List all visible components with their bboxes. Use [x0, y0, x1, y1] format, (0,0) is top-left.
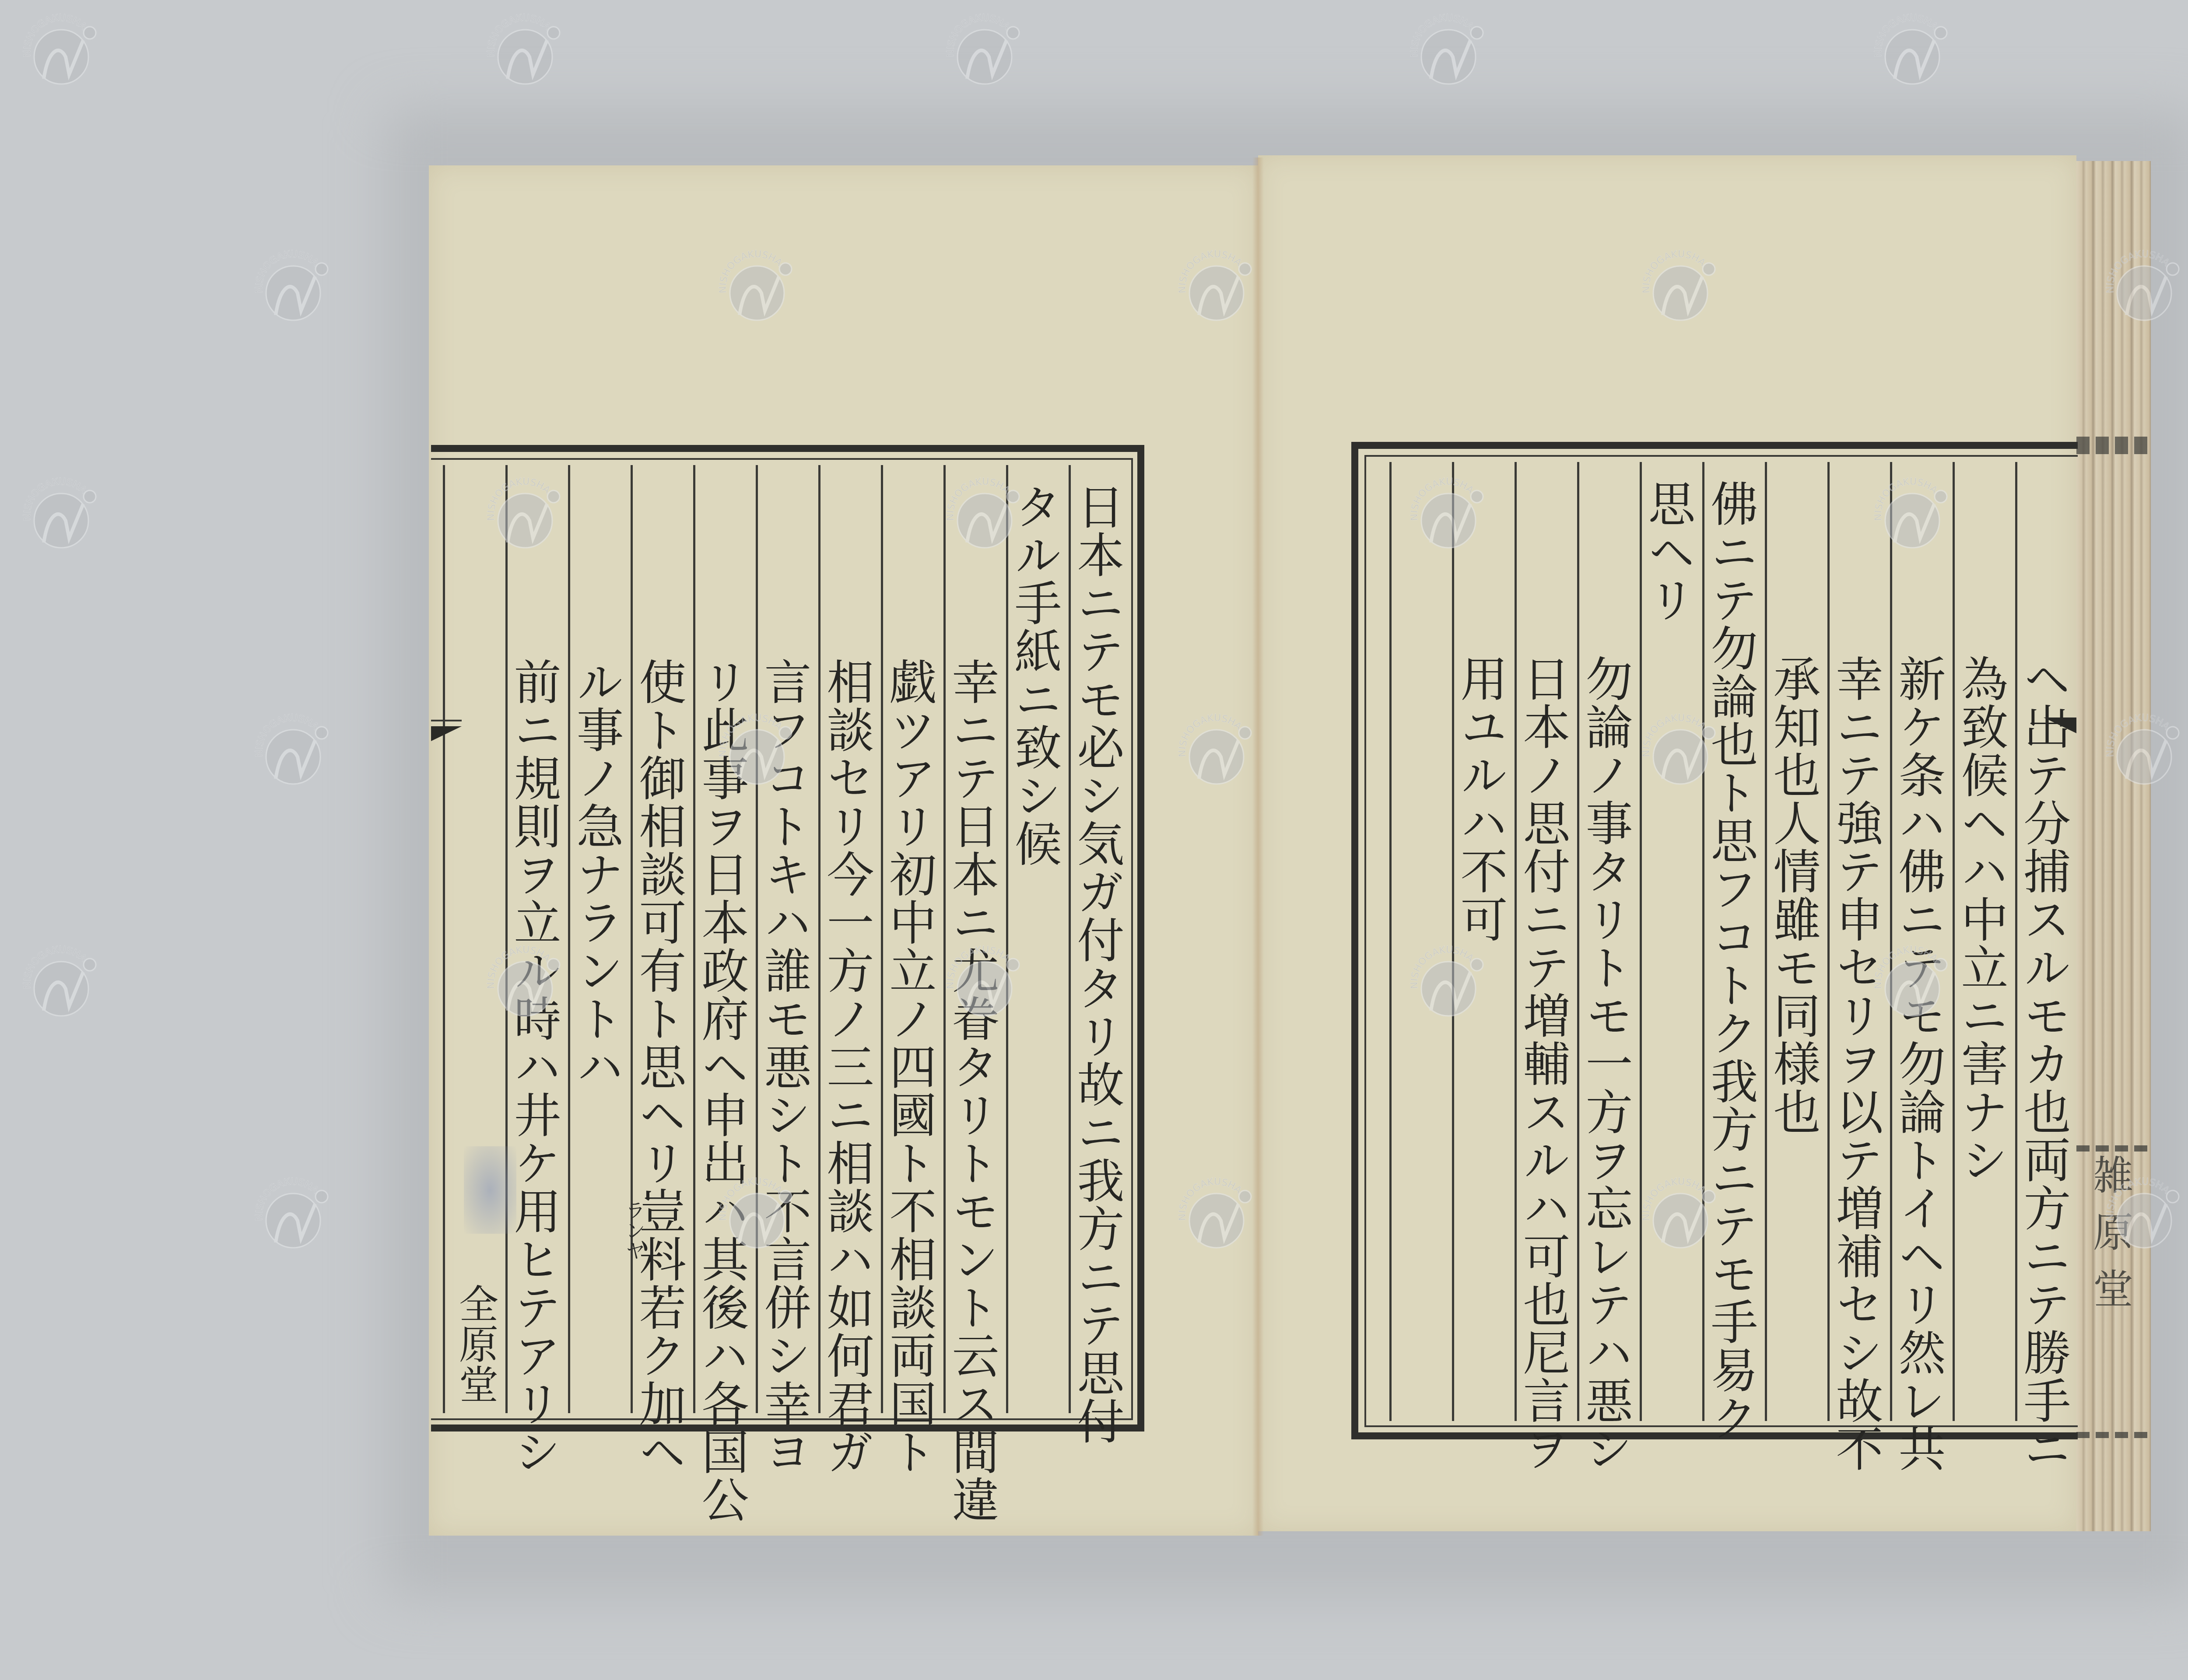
text-column: 相談セリ今一方ノ三ニ相談ハ如何君ガ	[818, 465, 881, 1413]
column-text: 承知也人情雖モ同様也	[1766, 654, 1819, 1136]
text-column	[1389, 462, 1452, 1421]
svg-text:NISHOGAKUSHA: NISHOGAKUSHA	[1873, 13, 1939, 58]
left-page-columns: 日本ニテモ必シ気ガ付タリ故ニ我方ニテ思付タル手紙ニ致シ候幸ニテ日本ニ尤眷タリトモ…	[431, 465, 1131, 1413]
column-text: タル手紙ニ致シ候	[1007, 483, 1060, 868]
fore-edge-glyph: 堂	[2081, 1268, 2139, 1295]
svg-text:NISHOGAKUSHA: NISHOGAKUSHA	[22, 945, 88, 990]
text-column: 幸ニテ強テ申セリヲ以テ増補セシ故不	[1827, 462, 1890, 1421]
text-column: 日本ニテモ必シ気ガ付タリ故ニ我方ニテ思付	[1069, 465, 1131, 1413]
column-text: 用ユルハ不可	[1453, 654, 1506, 943]
text-column: 幸ニテ日本ニ尤眷タリトモント云ス間違	[943, 465, 1006, 1413]
nishogakusha-logo-icon: NISHOGAKUSHA	[18, 941, 105, 1028]
column-text: ル事ノ急ナラントハ	[569, 658, 622, 1091]
nishogakusha-logo-icon: NISHOGAKUSHA	[1405, 9, 1492, 96]
text-column: 前ニ規則ヲ立ル時ハ井ケ用ヒテアリシ	[505, 465, 568, 1413]
column-text: 幸ニテ日本ニ尤眷タリトモント云ス間違	[945, 658, 997, 1524]
column-text: 戯ツアリ初中立ノ四國ト不相談両国ト	[882, 658, 935, 1476]
svg-text:NISHOGAKUSHA: NISHOGAKUSHA	[22, 13, 88, 58]
column-text: 全原堂	[449, 1284, 501, 1404]
column-text: リ此事ヲ日本政府ヘ申出ハ其後ハ各国公	[694, 658, 747, 1524]
svg-text:NISHOGAKUSHA: NISHOGAKUSHA	[22, 476, 88, 521]
fore-edge-rule	[2076, 1145, 2151, 1151]
column-text: 使ト御相談可有ト思ヘリ豈料若ク加ヘ	[632, 658, 684, 1476]
nishogakusha-logo-icon: NISHOGAKUSHA	[249, 709, 337, 796]
book-gutter	[1252, 157, 1264, 1536]
svg-text:NISHOGAKUSHA: NISHOGAKUSHA	[254, 713, 320, 758]
right-page-text-frame: ヘ出テ分捕スルモカ也両方ニテ勝手ニ為致候ヘハ中立ニ害ナシ新ケ条ハ佛ニテモ勿論トイ…	[1351, 442, 2078, 1439]
text-column: タル手紙ニ致シ候	[1006, 465, 1069, 1413]
text-column: 戯ツアリ初中立ノ四國ト不相談両国ト	[881, 465, 943, 1413]
right-page-columns: ヘ出テ分捕スルモカ也両方ニテ勝手ニ為致候ヘハ中立ニ害ナシ新ケ条ハ佛ニテモ勿論トイ…	[1367, 462, 2078, 1421]
fore-edge-pages: 雑 原 堂	[2076, 161, 2151, 1531]
nishogakusha-logo-icon: NISHOGAKUSHA	[249, 245, 337, 332]
text-column: 日本ノ思付ニテ増輔スルハ可也尼言ヲ	[1515, 462, 1577, 1421]
column-text: 日本ニテモ必シ気ガ付タリ故ニ我方ニテ思付	[1070, 483, 1122, 1445]
text-column: ヘ出テ分捕スルモカ也両方ニテ勝手ニ	[2015, 462, 2078, 1421]
ink-smudge	[464, 1146, 516, 1234]
fold-mark-icon	[2044, 717, 2076, 733]
column-text: 前ニ規則ヲ立ル時ハ井ケ用ヒテアリシ	[507, 658, 559, 1476]
nishogakusha-logo-icon: NISHOGAKUSHA	[18, 472, 105, 560]
text-column: 用ユルハ不可	[1452, 462, 1515, 1421]
fore-edge-glyph: 雑	[2081, 1154, 2139, 1181]
nishogakusha-logo-icon: NISHOGAKUSHA	[941, 9, 1028, 96]
svg-text:NISHOGAKUSHA: NISHOGAKUSHA	[1409, 13, 1476, 58]
fold-mark-line	[431, 720, 462, 721]
column-text: 日本ノ思付ニテ増輔スルハ可也尼言ヲ	[1516, 654, 1568, 1473]
nishogakusha-logo-icon: NISHOGAKUSHA	[18, 9, 105, 96]
column-text: 思ヘリ	[1641, 479, 1694, 624]
nishogakusha-logo-icon: NISHOGAKUSHA	[1869, 9, 1956, 96]
text-column: 使ト御相談可有ト思ヘリ豈料若ク加ヘランヤ	[631, 465, 693, 1413]
svg-text:NISHOGAKUSHA: NISHOGAKUSHA	[254, 1176, 320, 1221]
text-column: 承知也人情雖モ同様也	[1765, 462, 1827, 1421]
text-column: 思ヘリ	[1640, 462, 1702, 1421]
nishogakusha-logo-icon: NISHOGAKUSHA	[481, 9, 569, 96]
text-column: 新ケ条ハ佛ニテモ勿論トイヘリ然レ共	[1890, 462, 1953, 1421]
text-column: リ此事ヲ日本政府ヘ申出ハ其後ハ各国公	[693, 465, 756, 1413]
column-text: 為致候ヘハ中立ニ害ナシ	[1954, 654, 2006, 1184]
column-text: 佛ニテ勿論也ト思フコトク我方ニテモ手易ク	[1704, 479, 1756, 1442]
column-text: 言フコトキハ誰モ悪シト不言併シ幸ヨ	[757, 658, 810, 1476]
nishogakusha-logo-icon: NISHOGAKUSHA	[249, 1172, 337, 1260]
fore-edge-glyph: 原	[2081, 1211, 2139, 1238]
text-column: 為致候ヘハ中立ニ害ナシ	[1953, 462, 2015, 1421]
svg-text:NISHOGAKUSHA: NISHOGAKUSHA	[486, 13, 552, 58]
fore-edge-title: 雑 原 堂	[2076, 1154, 2151, 1329]
text-column: 佛ニテ勿論也ト思フコトク我方ニテモ手易ク	[1702, 462, 1765, 1421]
column-text: 勿論ノ事タリトモ一方ヲ忘レテハ悪シ	[1578, 654, 1631, 1473]
text-column: 言フコトキハ誰モ悪シト不言併シ幸ヨ	[756, 465, 818, 1413]
svg-text:NISHOGAKUSHA: NISHOGAKUSHA	[945, 13, 1012, 58]
fore-edge-rule	[2076, 1432, 2151, 1438]
left-page-text-frame: 日本ニテモ必シ気ガ付タリ故ニ我方ニテ思付タル手紙ニ致シ候幸ニテ日本ニ尤眷タリトモ…	[431, 445, 1144, 1431]
column-text: ヘ出テ分捕スルモカ也両方ニテ勝手ニ	[2016, 654, 2069, 1473]
column-text: 相談セリ今一方ノ三ニ相談ハ如何君ガ	[820, 658, 872, 1476]
fold-mark-icon	[431, 726, 462, 741]
svg-text:NISHOGAKUSHA: NISHOGAKUSHA	[254, 249, 320, 294]
text-column: 勿論ノ事タリトモ一方ヲ忘レテハ悪シ	[1577, 462, 1640, 1421]
column-text: 新ケ条ハ佛ニテモ勿論トイヘリ然レ共	[1891, 654, 1944, 1473]
text-column: ル事ノ急ナラントハ	[568, 465, 631, 1413]
fore-edge-fold-mark	[2076, 437, 2151, 454]
column-text: 幸ニテ強テ申セリヲ以テ増補セシ故不	[1829, 654, 1881, 1473]
text-column: 全原堂	[443, 465, 505, 1413]
